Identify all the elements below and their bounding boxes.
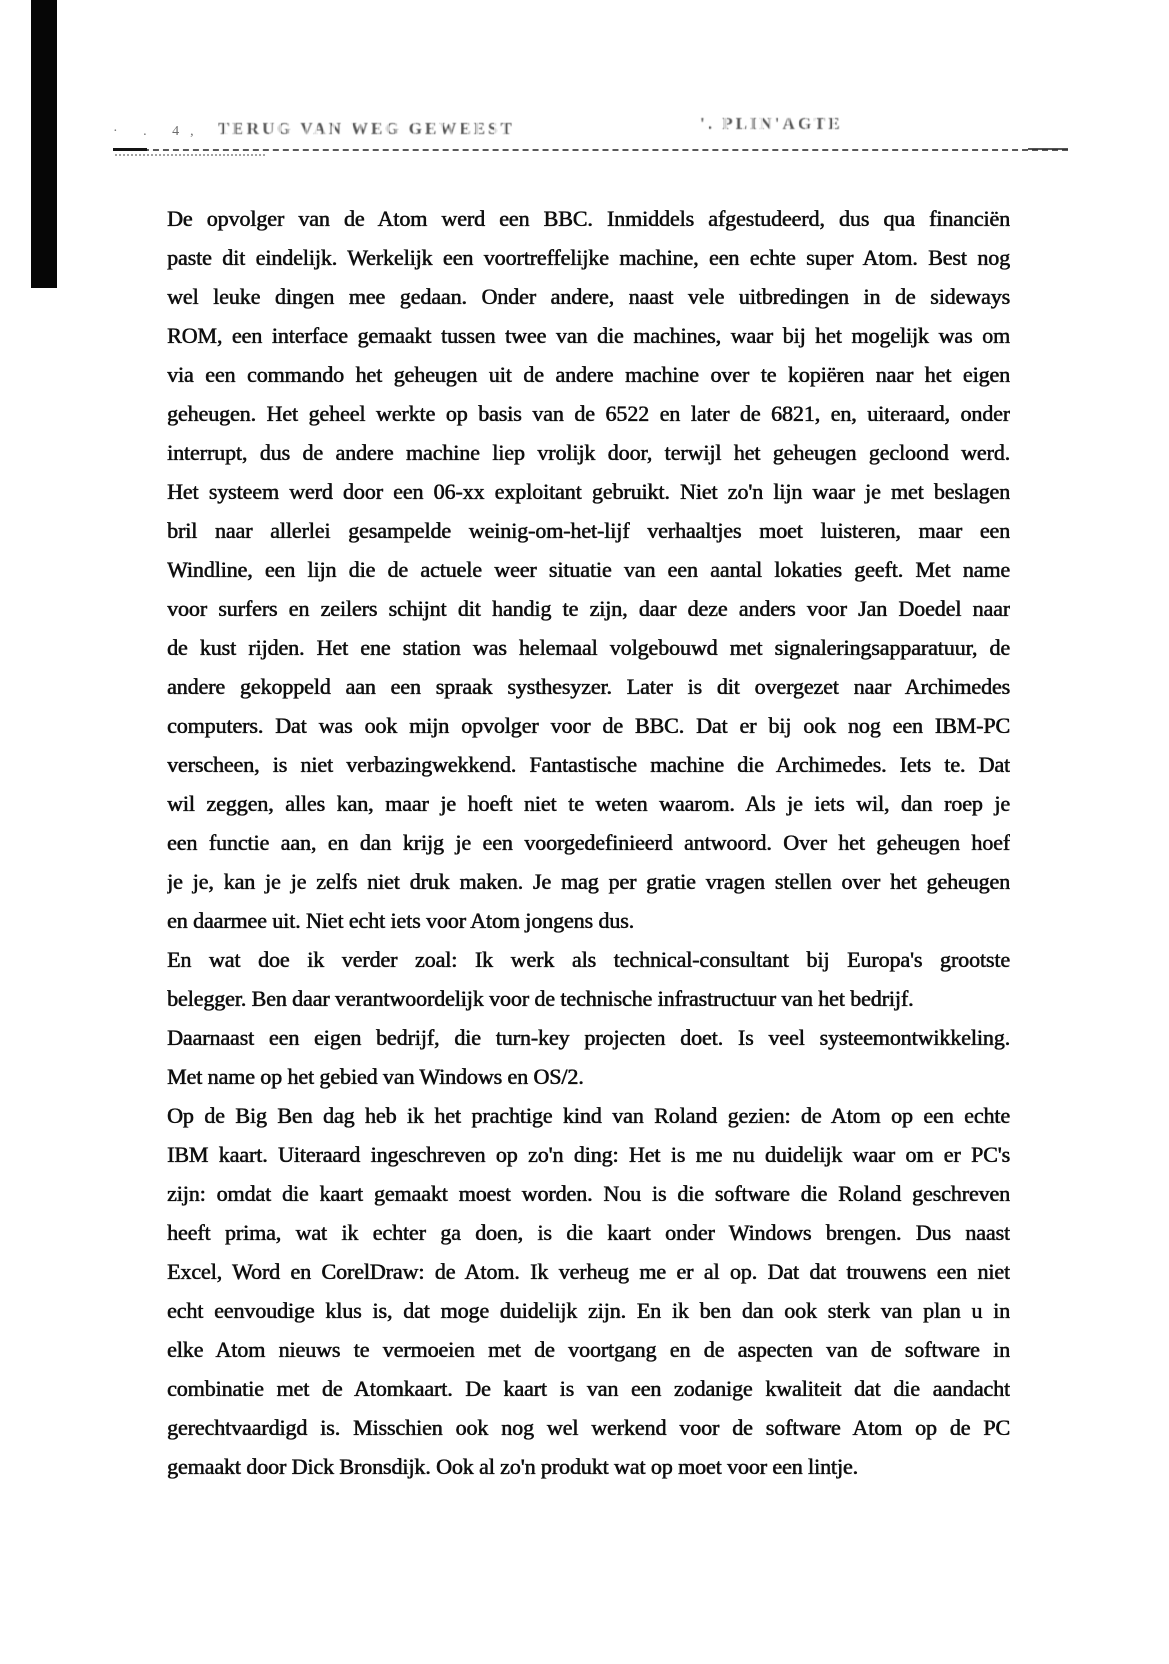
text-line: heeft prima, wat ik echter ga doen, is d…: [167, 1213, 1010, 1252]
text-line: ROM, een interface gemaakt tussen twee v…: [167, 316, 1010, 355]
header-rule-start: [113, 148, 147, 151]
text-line: gerechtvaardigd is. Misschien ook nog we…: [167, 1408, 1010, 1447]
text-line: wil zeggen, alles kan, maar je hoeft nie…: [167, 784, 1010, 823]
text-line: verscheen, is niet verbazingwekkend. Fan…: [167, 745, 1010, 784]
text-line: Met name op het gebied van Windows en OS…: [167, 1057, 1010, 1096]
header-rule-end: [1028, 148, 1068, 150]
text-line: De opvolger van de Atom werd een BBC. In…: [167, 199, 1010, 238]
text-line: combinatie met de Atomkaart. De kaart is…: [167, 1369, 1010, 1408]
text-line: de kust rijden. Het ene station was hele…: [167, 628, 1010, 667]
text-line: geheugen. Het geheel werkte op basis van…: [167, 394, 1010, 433]
text-line: je je, kan je je zelfs niet druk maken. …: [167, 862, 1010, 901]
text-line: een functie aan, en dan krijg je een voo…: [167, 823, 1010, 862]
text-line: wel leuke dingen mee gedaan. Onder ander…: [167, 277, 1010, 316]
text-line: andere gekoppeld aan een spraak systhesy…: [167, 667, 1010, 706]
text-line: Op de Big Ben dag heb ik het prachtige k…: [167, 1096, 1010, 1135]
header-stray-marks: · . 4,: [113, 124, 205, 140]
text-line: bril naar allerlei gesampelde weinig-om-…: [167, 511, 1010, 550]
text-line: Het systeem werd door een 06-xx exploita…: [167, 472, 1010, 511]
text-line: belegger. Ben daar verantwoordelijk voor…: [167, 979, 1010, 1018]
text-line: en daarmee uit. Niet echt iets voor Atom…: [167, 901, 1010, 940]
header-title-left: TERUG VAN WEG GEWEEST: [218, 119, 515, 139]
text-line: interrupt, dus de andere machine liep vr…: [167, 433, 1010, 472]
article-body: De opvolger van de Atom werd een BBC. In…: [167, 199, 1010, 1486]
text-line: elke Atom nieuws te vermoeien met de voo…: [167, 1330, 1010, 1369]
text-line: Daarnaast een eigen bedrijf, die turn-ke…: [167, 1018, 1010, 1057]
text-line: En wat doe ik verder zoal: Ik werk als t…: [167, 940, 1010, 979]
header-rule-sub: [115, 154, 265, 156]
text-line: gemaakt door Dick Bronsdijk. Ook al zo'n…: [167, 1447, 1010, 1486]
text-line: echt eenvoudige klus is, dat moge duidel…: [167, 1291, 1010, 1330]
scan-artifact-bar: [31, 0, 57, 288]
page-header: · . 4, TERUG VAN WEG GEWEEST '. PLIN'AGT…: [113, 112, 1068, 162]
text-line: Windline, een lijn die de actuele weer s…: [167, 550, 1010, 589]
text-line: Excel, Word en CorelDraw: de Atom. Ik ve…: [167, 1252, 1010, 1291]
text-line: via een commando het geheugen uit de and…: [167, 355, 1010, 394]
text-line: voor surfers en zeilers schijnt dit hand…: [167, 589, 1010, 628]
text-line: zijn: omdat die kaart gemaakt moest word…: [167, 1174, 1010, 1213]
header-title-right: '. PLIN'AGTE: [700, 114, 843, 134]
text-line: computers. Dat was ook mijn opvolger voo…: [167, 706, 1010, 745]
header-rule: [113, 149, 1068, 151]
scanned-page: · . 4, TERUG VAN WEG GEWEEST '. PLIN'AGT…: [0, 0, 1169, 1664]
text-line: paste dit eindelijk. Werkelijk een voort…: [167, 238, 1010, 277]
text-line: IBM kaart. Uiteraard ingeschreven op zo'…: [167, 1135, 1010, 1174]
